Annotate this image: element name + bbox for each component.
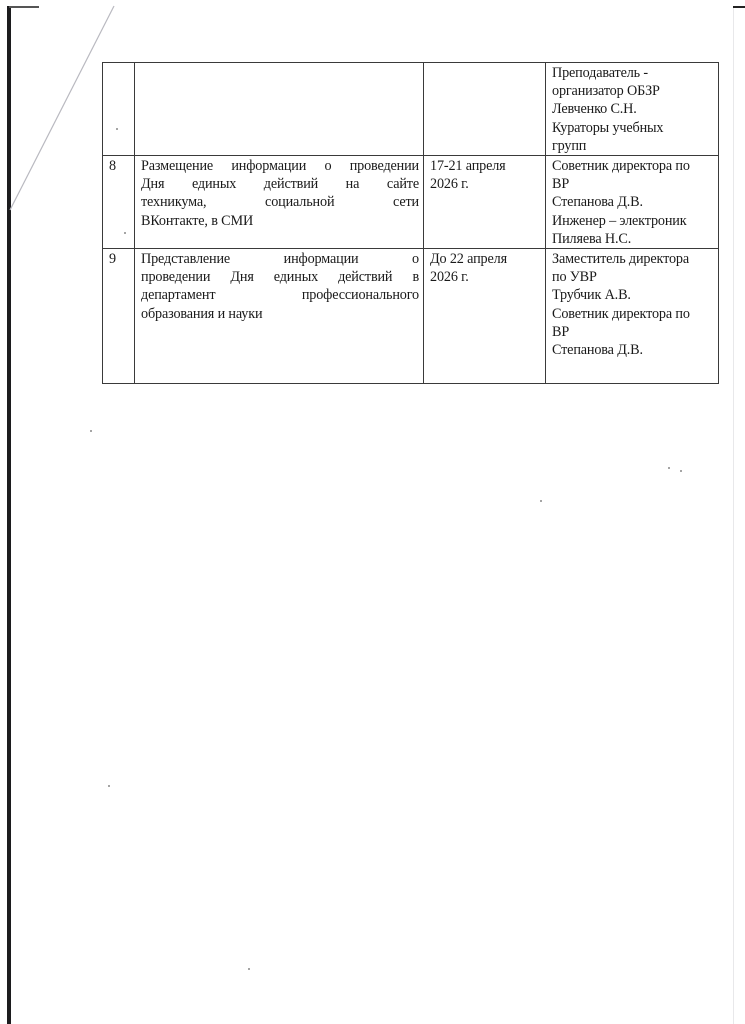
scan-speck xyxy=(108,785,110,787)
scanned-page: Преподаватель - организатор ОБЗР Левченк… xyxy=(0,0,745,1024)
responsible-line: Пиляева Н.С. xyxy=(552,230,714,248)
date-cell xyxy=(424,63,546,156)
row-number-cell: 9 xyxy=(103,249,135,384)
scan-edge-left xyxy=(7,6,11,1024)
event-cell xyxy=(135,63,424,156)
date-line: До 22 апреля xyxy=(430,250,541,268)
date-cell: До 22 апреля 2026 г. xyxy=(424,249,546,384)
responsible-line: Советник директора по xyxy=(552,305,714,323)
scan-speck xyxy=(680,470,682,472)
responsible-cell: Советник директора по ВР Степанова Д.В. … xyxy=(546,156,719,249)
responsible-line: Преподаватель - xyxy=(552,64,714,82)
responsible-line: Заместитель директора xyxy=(552,250,714,268)
responsible-line: Степанова Д.В. xyxy=(552,193,714,211)
table-row: 8 Размещение информации о проведении Дня… xyxy=(103,156,719,249)
event-line: Размещение информации о проведении xyxy=(141,157,419,175)
table-row-continuation: Преподаватель - организатор ОБЗР Левченк… xyxy=(103,63,719,156)
responsible-line: Инженер – электроник xyxy=(552,212,714,230)
date-line: 17-21 апреля xyxy=(430,157,541,175)
responsible-line: ВР xyxy=(552,323,714,341)
row-number-cell xyxy=(103,63,135,156)
responsible-line: групп xyxy=(552,137,714,155)
row-number-cell: 8 xyxy=(103,156,135,249)
responsible-line: ВР xyxy=(552,175,714,193)
scan-speck xyxy=(90,430,92,432)
responsible-line: Советник директора по xyxy=(552,157,714,175)
scan-edge-right-top xyxy=(733,6,745,8)
event-line: Дня единых действий на сайте xyxy=(141,175,419,193)
responsible-cell: Преподаватель - организатор ОБЗР Левченк… xyxy=(546,63,719,156)
scan-speck xyxy=(248,968,250,970)
scan-edge-top xyxy=(9,6,39,8)
event-line: проведении Дня единых действий в xyxy=(141,268,419,286)
date-line: 2026 г. xyxy=(430,268,541,286)
scan-speck xyxy=(116,128,118,130)
event-cell: Размещение информации о проведении Дня е… xyxy=(135,156,424,249)
responsible-line: Трубчик А.В. xyxy=(552,286,714,304)
responsible-cell: Заместитель директора по УВР Трубчик А.В… xyxy=(546,249,719,384)
event-line: ВКонтакте, в СМИ xyxy=(141,212,419,230)
scan-speck xyxy=(668,467,670,469)
event-line: департамент профессионального xyxy=(141,286,419,304)
scan-edge-right xyxy=(733,6,745,1024)
responsible-line: организатор ОБЗР xyxy=(552,82,714,100)
date-cell: 17-21 апреля 2026 г. xyxy=(424,156,546,249)
responsible-line: Кураторы учебных xyxy=(552,119,714,137)
responsible-line: по УВР xyxy=(552,268,714,286)
event-line: Представление информации о xyxy=(141,250,419,268)
responsible-line: Левченко С.Н. xyxy=(552,100,714,118)
scan-speck xyxy=(124,232,126,234)
event-cell: Представление информации о проведении Дн… xyxy=(135,249,424,384)
responsible-line: Степанова Д.В. xyxy=(552,341,714,359)
date-line: 2026 г. xyxy=(430,175,541,193)
scan-speck xyxy=(540,500,542,502)
event-line: техникума, социальной сети xyxy=(141,193,419,211)
event-line: образования и науки xyxy=(141,305,419,323)
event-plan-table: Преподаватель - организатор ОБЗР Левченк… xyxy=(102,62,719,384)
table-row: 9 Представление информации о проведении … xyxy=(103,249,719,384)
